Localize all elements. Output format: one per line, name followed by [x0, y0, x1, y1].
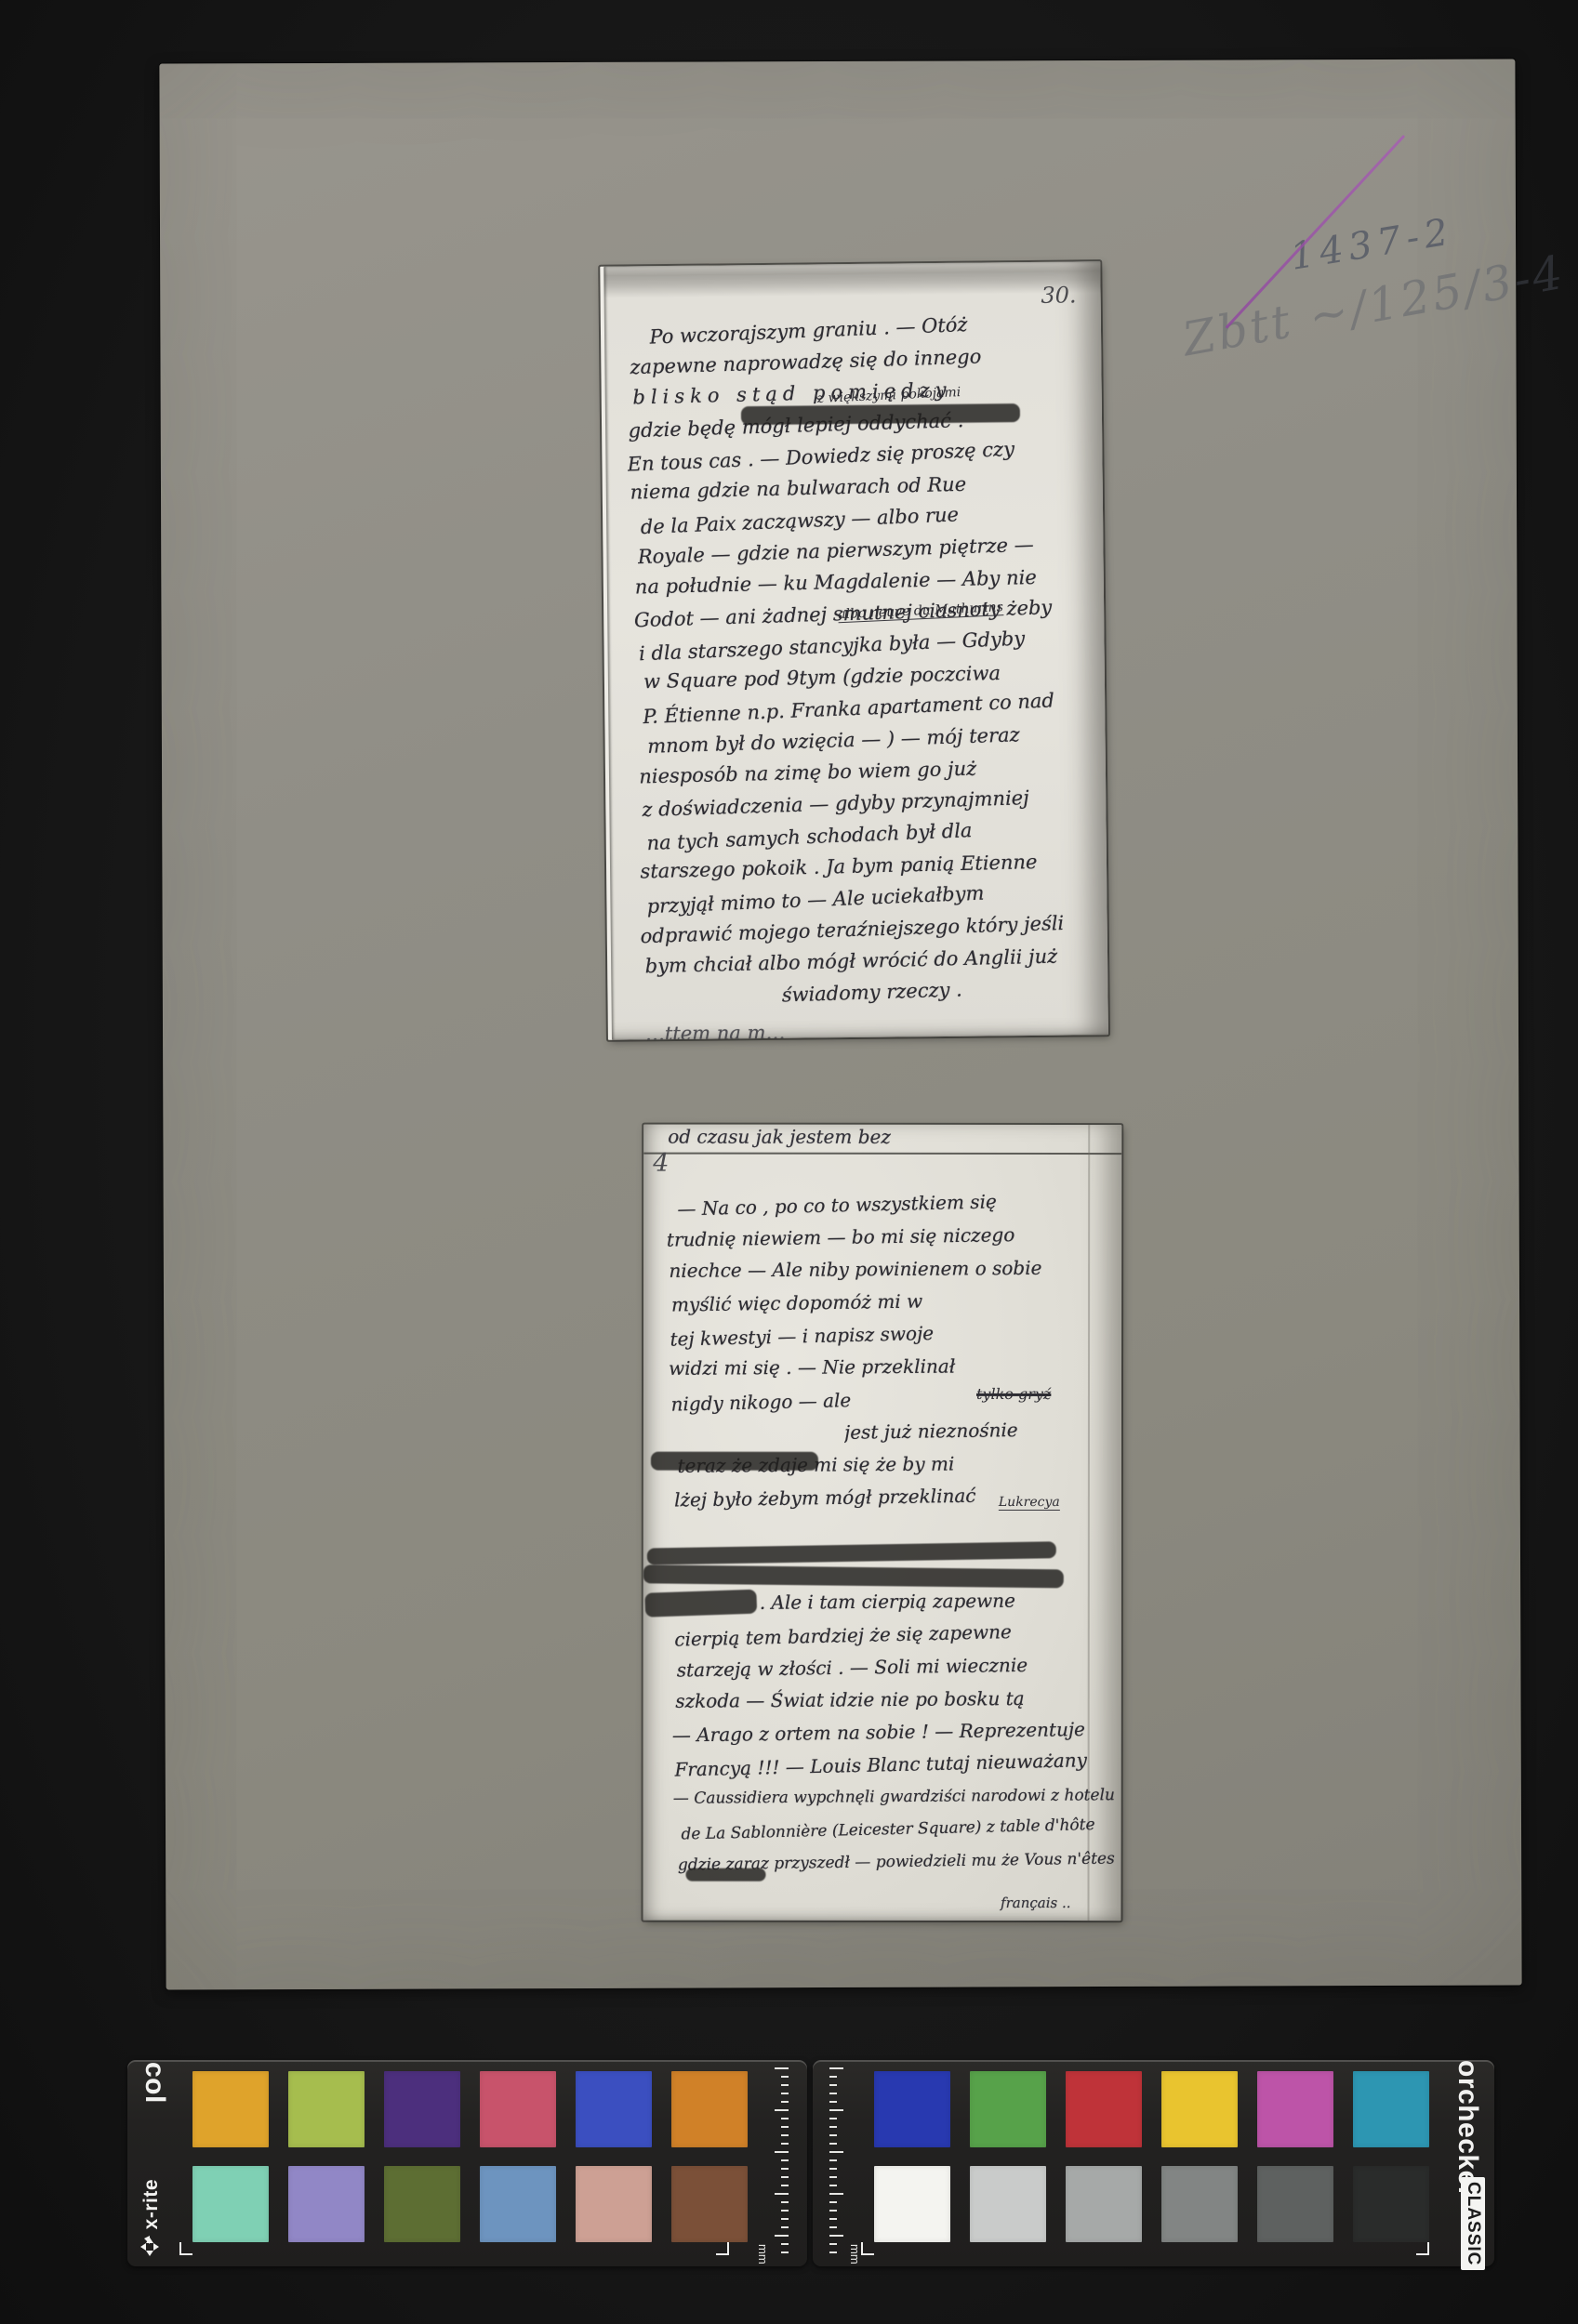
xrite-logo-icon	[138, 2235, 162, 2259]
registration-corner-mark	[1416, 2242, 1429, 2255]
colorchecker-label-left: col	[139, 2062, 170, 2104]
crossed-out-scribble	[741, 403, 1020, 425]
colorchecker-right-panel: mm orchecker CLASSIC	[813, 2060, 1494, 2266]
xrite-brand-label: x-rite	[140, 2179, 163, 2229]
patch-orange-yellow	[192, 2071, 269, 2147]
patch-yellow	[1161, 2071, 1238, 2147]
crossed-out-scribble	[686, 1868, 766, 1882]
colorchecker-left-panel: col x-rite mm	[127, 2060, 807, 2266]
crossed-interline-insertion: tylko gryź	[976, 1385, 1051, 1403]
crossed-out-scribble	[644, 1590, 757, 1618]
patch-foliage	[384, 2166, 460, 2242]
patch-black	[1353, 2166, 1429, 2242]
manuscript-photo-page-30: 30. Po wczorajszym graniu . — Otóż zapew…	[600, 261, 1108, 1040]
manuscript-line: szkoda — Świat idzie nie po bosku tą	[675, 1682, 1114, 1718]
patch-neutral-5	[1161, 2166, 1238, 2242]
patch-bluish-green	[192, 2166, 269, 2242]
classic-label: CLASSIC	[1461, 2177, 1485, 2270]
photo-inner-border	[643, 1153, 1121, 1155]
crossed-out-scribble	[651, 1452, 818, 1471]
patch-light-skin	[576, 2166, 652, 2242]
patch-neutral-8	[970, 2166, 1046, 2242]
registration-corner-mark	[179, 2242, 192, 2255]
interline-insertion: Lukrecya	[999, 1495, 1060, 1511]
handwritten-text-block: — Na co , po co to wszystkiem się trudni…	[664, 1185, 1117, 1882]
signature-fragment: français ..	[1001, 1895, 1070, 1911]
patch-blue-sky	[480, 2166, 556, 2242]
patch-moderate-red	[480, 2071, 556, 2147]
color-patch-grid	[192, 2071, 748, 2242]
patch-purple	[384, 2071, 460, 2147]
mm-ruler	[829, 2067, 843, 2253]
patch-green	[970, 2071, 1046, 2147]
patch-red	[1066, 2071, 1142, 2147]
mm-ruler-label: mm	[756, 2244, 770, 2265]
patch-magenta	[1257, 2071, 1333, 2147]
patch-blue	[874, 2071, 950, 2147]
patch-cyan	[1353, 2071, 1429, 2147]
registration-corner-mark	[716, 2242, 729, 2255]
manuscript-line: jest już nieznośnie	[844, 1413, 1110, 1449]
previous-page-cut-line: od czasu jak jestem bez	[668, 1126, 891, 1148]
patch-yellow-green	[288, 2071, 365, 2147]
patch-white	[874, 2166, 950, 2242]
mm-ruler	[775, 2067, 789, 2253]
archival-photograph: 1437-2 Zbtt ~/125/3-4 30. Po wczorajszym…	[0, 0, 1578, 2324]
patch-purplish-blue	[576, 2071, 652, 2147]
patch-neutral-35	[1257, 2166, 1333, 2242]
cut-off-line: …ttem na m…	[645, 1022, 786, 1040]
color-patch-grid	[874, 2071, 1429, 2242]
patch-dark-skin	[671, 2166, 748, 2242]
mount-board: 1437-2 Zbtt ~/125/3-4 30. Po wczorajszym…	[159, 59, 1521, 1989]
registration-corner-mark	[861, 2242, 874, 2255]
manuscript-line: niechce — Ale niby powinienem o sobie	[669, 1251, 1107, 1287]
patch-orange	[671, 2071, 748, 2147]
patch-blue-flower	[288, 2166, 365, 2242]
manuscript-photo-page-4: od czasu jak jestem bez 4 — Na co , po c…	[643, 1125, 1121, 1921]
page-number: 4	[653, 1149, 669, 1178]
mm-ruler-label: mm	[848, 2244, 862, 2265]
patch-neutral-65	[1066, 2166, 1142, 2242]
